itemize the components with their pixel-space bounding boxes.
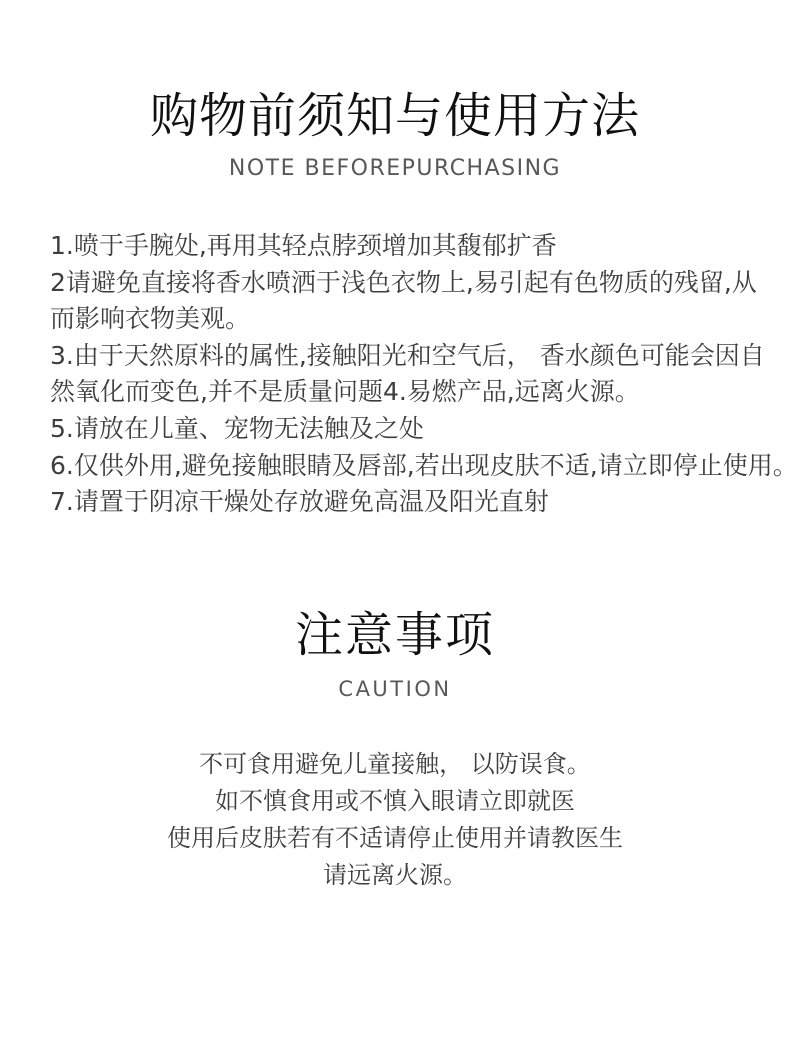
- purchase-section-title: 购物前须知与使用方法: [0, 88, 790, 144]
- caution-section-subtitle: CAUTION: [0, 677, 790, 702]
- purchase-notes-section: 购物前须知与使用方法 NOTE BEFOREPURCHASING 1.喷于手腕处…: [0, 88, 790, 521]
- product-notes-page: 购物前须知与使用方法 NOTE BEFOREPURCHASING 1.喷于手腕处…: [0, 0, 790, 1048]
- caution-lines-list: 不可食用避免儿童接触， 以防误食。 如不慎食用或不慎入眼请立即就医 使用后皮肤若…: [0, 746, 790, 894]
- purchase-notes-list: 1.喷于手腕处,再用其轻点脖颈增加其馥郁扩香 2请避免直接将香水喷洒于浅色衣物上…: [0, 228, 790, 521]
- purchase-note-line: 1.喷于手腕处,再用其轻点脖颈增加其馥郁扩香: [50, 228, 750, 265]
- purchase-note-line: 3.由于天然原料的属性,接触阳光和空气后， 香水颜色可能会因自: [50, 338, 750, 375]
- caution-section: 注意事项 CAUTION 不可食用避免儿童接触， 以防误食。 如不慎食用或不慎入…: [0, 607, 790, 894]
- caution-line: 不可食用避免儿童接触， 以防误食。: [0, 746, 790, 783]
- purchase-section-subtitle: NOTE BEFOREPURCHASING: [0, 156, 790, 182]
- caution-line: 请远离火源。: [0, 857, 790, 894]
- purchase-note-line: 7.请置于阴凉干燥处存放避免高温及阳光直射: [50, 484, 750, 521]
- caution-line: 如不慎食用或不慎入眼请立即就医: [0, 783, 790, 820]
- purchase-note-line: 5.请放在儿童、宠物无法触及之处: [50, 411, 750, 448]
- caution-section-title: 注意事项: [0, 607, 790, 663]
- purchase-note-line: 2请避免直接将香水喷洒于浅色衣物上,易引起有色物质的残留,从: [50, 265, 750, 302]
- purchase-note-line: 6.仅供外用,避免接触眼睛及唇部,若出现皮肤不适,请立即停止使用。: [50, 448, 750, 485]
- caution-line: 使用后皮肤若有不适请停止使用并请教医生: [0, 820, 790, 857]
- purchase-note-line: 而影响衣物美观。: [50, 301, 750, 338]
- purchase-note-line: 然氧化而变色,并不是质量问题4.易燃产品,远离火源。: [50, 374, 750, 411]
